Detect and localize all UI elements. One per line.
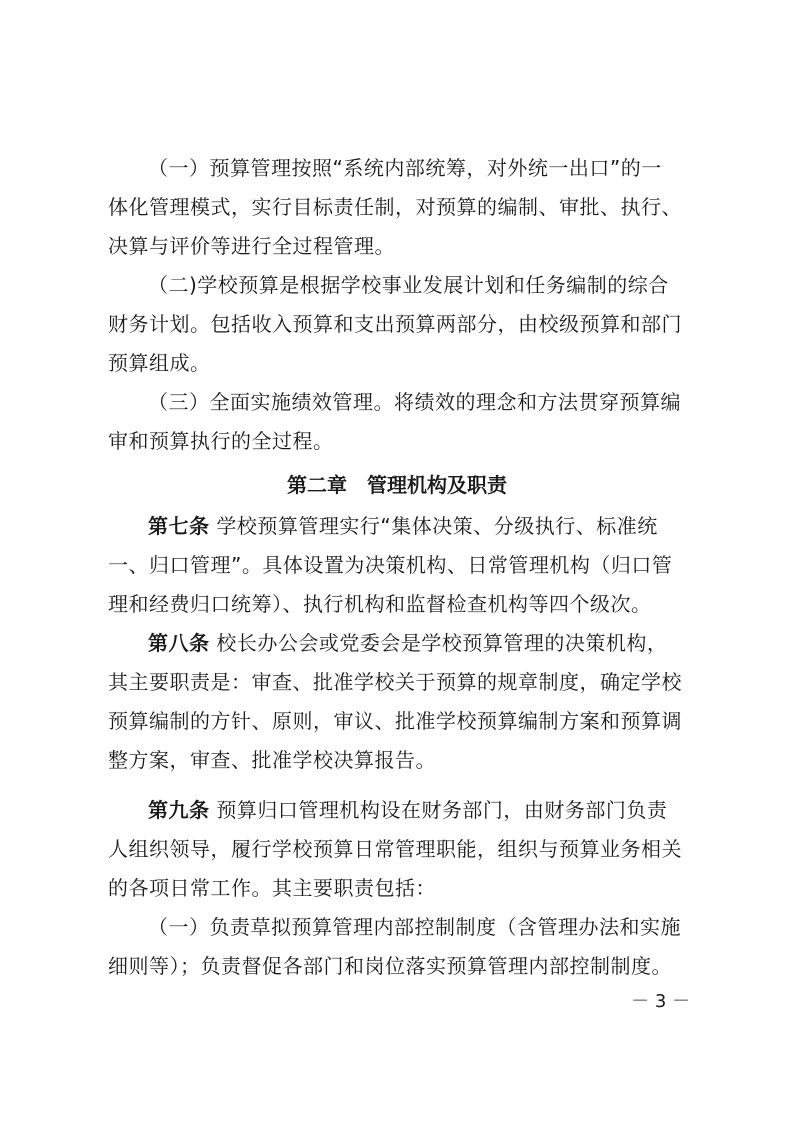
paragraph-line: （二)学校预算是根据学校事业发展计划和任务编制的综合 — [148, 272, 692, 298]
paragraph-line: （三）全面实施绩效管理。将绩效的理念和方法贯穿预算编 — [148, 389, 692, 415]
article-label: 第七条 — [148, 514, 210, 538]
article-line: 理和经费归口统筹）、执行机构和监督检查机构等四个级次。 — [108, 591, 692, 617]
article-label: 第八条 — [148, 631, 210, 655]
item-line: 细则等）；负责督促各部门和岗位落实预算管理内部控制制度。 — [108, 953, 692, 979]
article-line: 人组织领导，履行学校预算日常管理职能，组织与预算业务相关 — [108, 836, 692, 862]
article-text: 预算归口管理机构设在财务部门，由财务部门负责 — [210, 798, 668, 822]
article-line: 整方案，审查、批准学校决算报告。 — [108, 747, 692, 773]
article-line: 其主要职责是：审查、批准学校关于预算的规章制度，确定学校 — [108, 669, 692, 695]
article-text: 校长办公会或党委会是学校预算管理的决策机构， — [210, 631, 668, 655]
article-line: 一、归口管理”。具体设置为决策机构、日常管理机构（归口管 — [108, 552, 692, 578]
article-line: 预算编制的方针、原则，审议、批准学校预算编制方案和预算调 — [108, 708, 692, 734]
paragraph-line: 决算与评价等进行全过程管理。 — [108, 233, 692, 259]
article-line: 第七条 学校预算管理实行“集体决策、分级执行、标准统 — [148, 513, 692, 539]
paragraph-line: 预算组成。 — [108, 350, 692, 376]
article-line: 第九条 预算归口管理机构设在财务部门，由财务部门负责 — [148, 797, 692, 823]
page-number: － 3 － — [631, 990, 690, 1014]
article-label: 第九条 — [148, 798, 210, 822]
chapter-heading: 第二章 管理机构及职责 — [0, 472, 794, 498]
article-text: 学校预算管理实行“集体决策、分级执行、标准统 — [210, 514, 658, 538]
item-line: （一）负责草拟预算管理内部控制制度（含管理办法和实施 — [148, 914, 692, 940]
paragraph-line: 审和预算执行的全过程。 — [108, 428, 692, 454]
article-line: 第八条 校长办公会或党委会是学校预算管理的决策机构， — [148, 630, 692, 656]
article-line: 的各项日常工作。其主要职责包括： — [108, 875, 692, 901]
paragraph-line: 体化管理模式，实行目标责任制，对预算的编制、审批、执行、 — [108, 194, 692, 220]
paragraph-line: 财务计划。包括收入预算和支出预算两部分，由校级预算和部门 — [108, 311, 692, 337]
paragraph-line: （一）预算管理按照“系统内部统筹，对外统一出口”的一 — [148, 155, 692, 181]
